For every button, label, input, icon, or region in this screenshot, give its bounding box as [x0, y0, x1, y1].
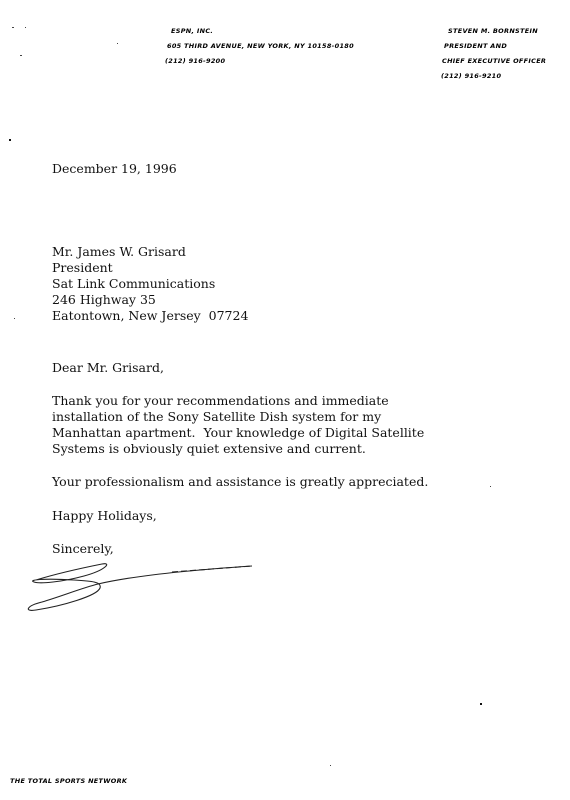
sender-name: STEVEN M. BORNSTEIN	[448, 28, 538, 35]
body-paragraph-1-line-2: installation of the Sony Satellite Dish …	[52, 409, 381, 425]
recipient-street: 246 Highway 35	[52, 292, 156, 308]
company-name: ESPN, INC.	[171, 28, 213, 35]
signature-icon	[22, 558, 282, 628]
scan-speck	[25, 27, 26, 28]
letter-date: December 19, 1996	[52, 161, 177, 177]
scan-speck	[12, 27, 14, 28]
sender-title-line1: PRESIDENT AND	[444, 43, 507, 50]
company-address: 605 THIRD AVENUE, NEW YORK, NY 10158-018…	[167, 43, 354, 50]
scan-speck	[117, 43, 118, 44]
sender-title-line2: CHIEF EXECUTIVE OFFICER	[442, 58, 546, 65]
recipient-company: Sat Link Communications	[52, 276, 215, 292]
scan-speck	[490, 486, 491, 487]
company-phone: (212) 916-9200	[165, 58, 225, 65]
closing-sincerely: Sincerely,	[52, 541, 114, 557]
recipient-city: Eatontown, New Jersey 07724	[52, 308, 248, 324]
recipient-name: Mr. James W. Grisard	[52, 244, 186, 260]
body-paragraph-1-line-3: Manhattan apartment. Your knowledge of D…	[52, 425, 424, 441]
scan-speck	[330, 765, 331, 766]
salutation: Dear Mr. Grisard,	[52, 360, 164, 376]
letter-page: ESPN, INC. 605 THIRD AVENUE, NEW YORK, N…	[0, 0, 570, 800]
closing-holidays: Happy Holidays,	[52, 508, 157, 524]
recipient-title: President	[52, 260, 113, 276]
sender-phone: (212) 916-9210	[441, 73, 501, 80]
scan-speck	[9, 139, 11, 141]
scan-speck	[20, 55, 22, 56]
footer-tagline: THE TOTAL SPORTS NETWORK	[10, 778, 127, 785]
body-paragraph-1-line-1: Thank you for your recommendations and i…	[52, 393, 389, 409]
scan-speck	[14, 318, 15, 319]
body-paragraph-1-line-4: Systems is obviously quiet extensive and…	[52, 441, 366, 457]
scan-speck	[480, 703, 482, 705]
body-paragraph-2: Your professionalism and assistance is g…	[52, 474, 428, 490]
